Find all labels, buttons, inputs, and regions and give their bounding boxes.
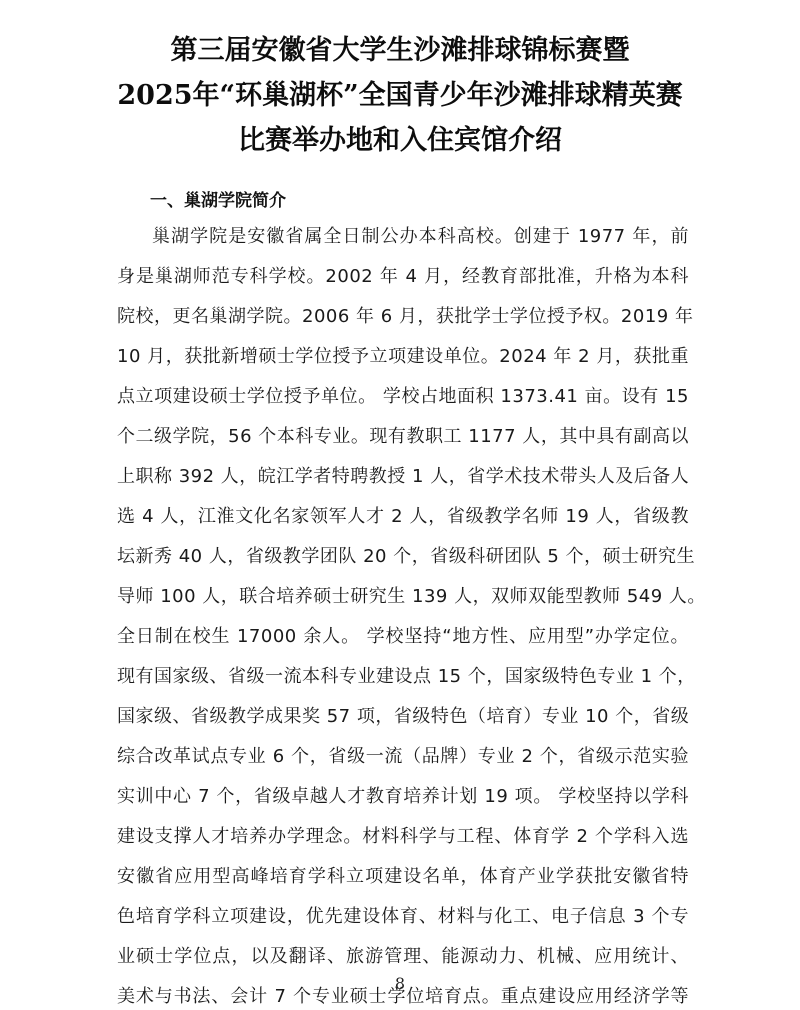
paragraph-line: 巢湖学院是安徽省属全日制公办本科高校。创建于 1977 年，前 bbox=[152, 222, 689, 248]
paragraph-line: 上职称 392 人，皖江学者特聘教授 1 人，省学术技术带头人及后备人 bbox=[117, 462, 689, 488]
paragraph-line: 国家级、省级教学成果奖 57 项，省级特色（培育）专业 10 个，省级 bbox=[117, 702, 689, 728]
paragraph-line: 安徽省应用型高峰培育学科立项建设名单，体育产业学获批安徽省特 bbox=[117, 862, 689, 888]
document-title-line-1: 第三届安徽省大学生沙滩排球锦标赛暨 bbox=[0, 28, 800, 67]
section-heading: 一、巢湖学院简介 bbox=[150, 186, 286, 211]
paragraph-line: 个二级学院，56 个本科专业。现有教职工 1177 人，其中具有副高以 bbox=[117, 422, 689, 448]
paragraph-line: 色培育学科立项建设，优先建设体育、材料与化工、电子信息 3 个专 bbox=[117, 902, 689, 928]
paragraph-line: 选 4 人，江淮文化名家领军人才 2 人，省级教学名师 19 人，省级教 bbox=[117, 502, 689, 528]
paragraph-line: 坛新秀 40 人，省级教学团队 20 个，省级科研团队 5 个，硕士研究生 bbox=[117, 542, 689, 568]
document-title-line-2: 2025年“环巢湖杯”全国青少年沙滩排球精英赛 bbox=[0, 73, 800, 112]
paragraph-line: 身是巢湖师范专科学校。2002 年 4 月，经教育部批准，升格为本科 bbox=[117, 262, 689, 288]
paragraph-line: 综合改革试点专业 6 个，省级一流（品牌）专业 2 个，省级示范实验 bbox=[117, 742, 689, 768]
paragraph-line: 建设支撑人才培养办学理念。材料科学与工程、体育学 2 个学科入选 bbox=[117, 822, 689, 848]
paragraph-line: 院校，更名巢湖学院。2006 年 6 月，获批学士学位授予权。2019 年 bbox=[117, 302, 689, 328]
paragraph-line: 全日制在校生 17000 余人。 学校坚持“地方性、应用型”办学定位。 bbox=[117, 622, 689, 648]
document-page: 第三届安徽省大学生沙滩排球锦标赛暨 2025年“环巢湖杯”全国青少年沙滩排球精英… bbox=[0, 0, 800, 1010]
paragraph-line: 导师 100 人，联合培养硕士研究生 139 人，双师双能型教师 549 人。 bbox=[117, 582, 689, 608]
paragraph-line: 实训中心 7 个，省级卓越人才教育培养计划 19 项。 学校坚持以学科 bbox=[117, 782, 689, 808]
page-number: 8 bbox=[0, 974, 800, 993]
document-title-line-3: 比赛举办地和入住宾馆介绍 bbox=[0, 118, 800, 157]
paragraph-line: 现有国家级、省级一流本科专业建设点 15 个，国家级特色专业 1 个， bbox=[117, 662, 689, 688]
paragraph-line: 业硕士学位点，以及翻译、旅游管理、能源动力、机械、应用统计、 bbox=[117, 942, 689, 968]
paragraph-line: 10 月，获批新增硕士学位授予立项建设单位。2024 年 2 月，获批重 bbox=[117, 342, 689, 368]
paragraph-line: 点立项建设硕士学位授予单位。 学校占地面积 1373.41 亩。设有 15 bbox=[117, 382, 689, 408]
